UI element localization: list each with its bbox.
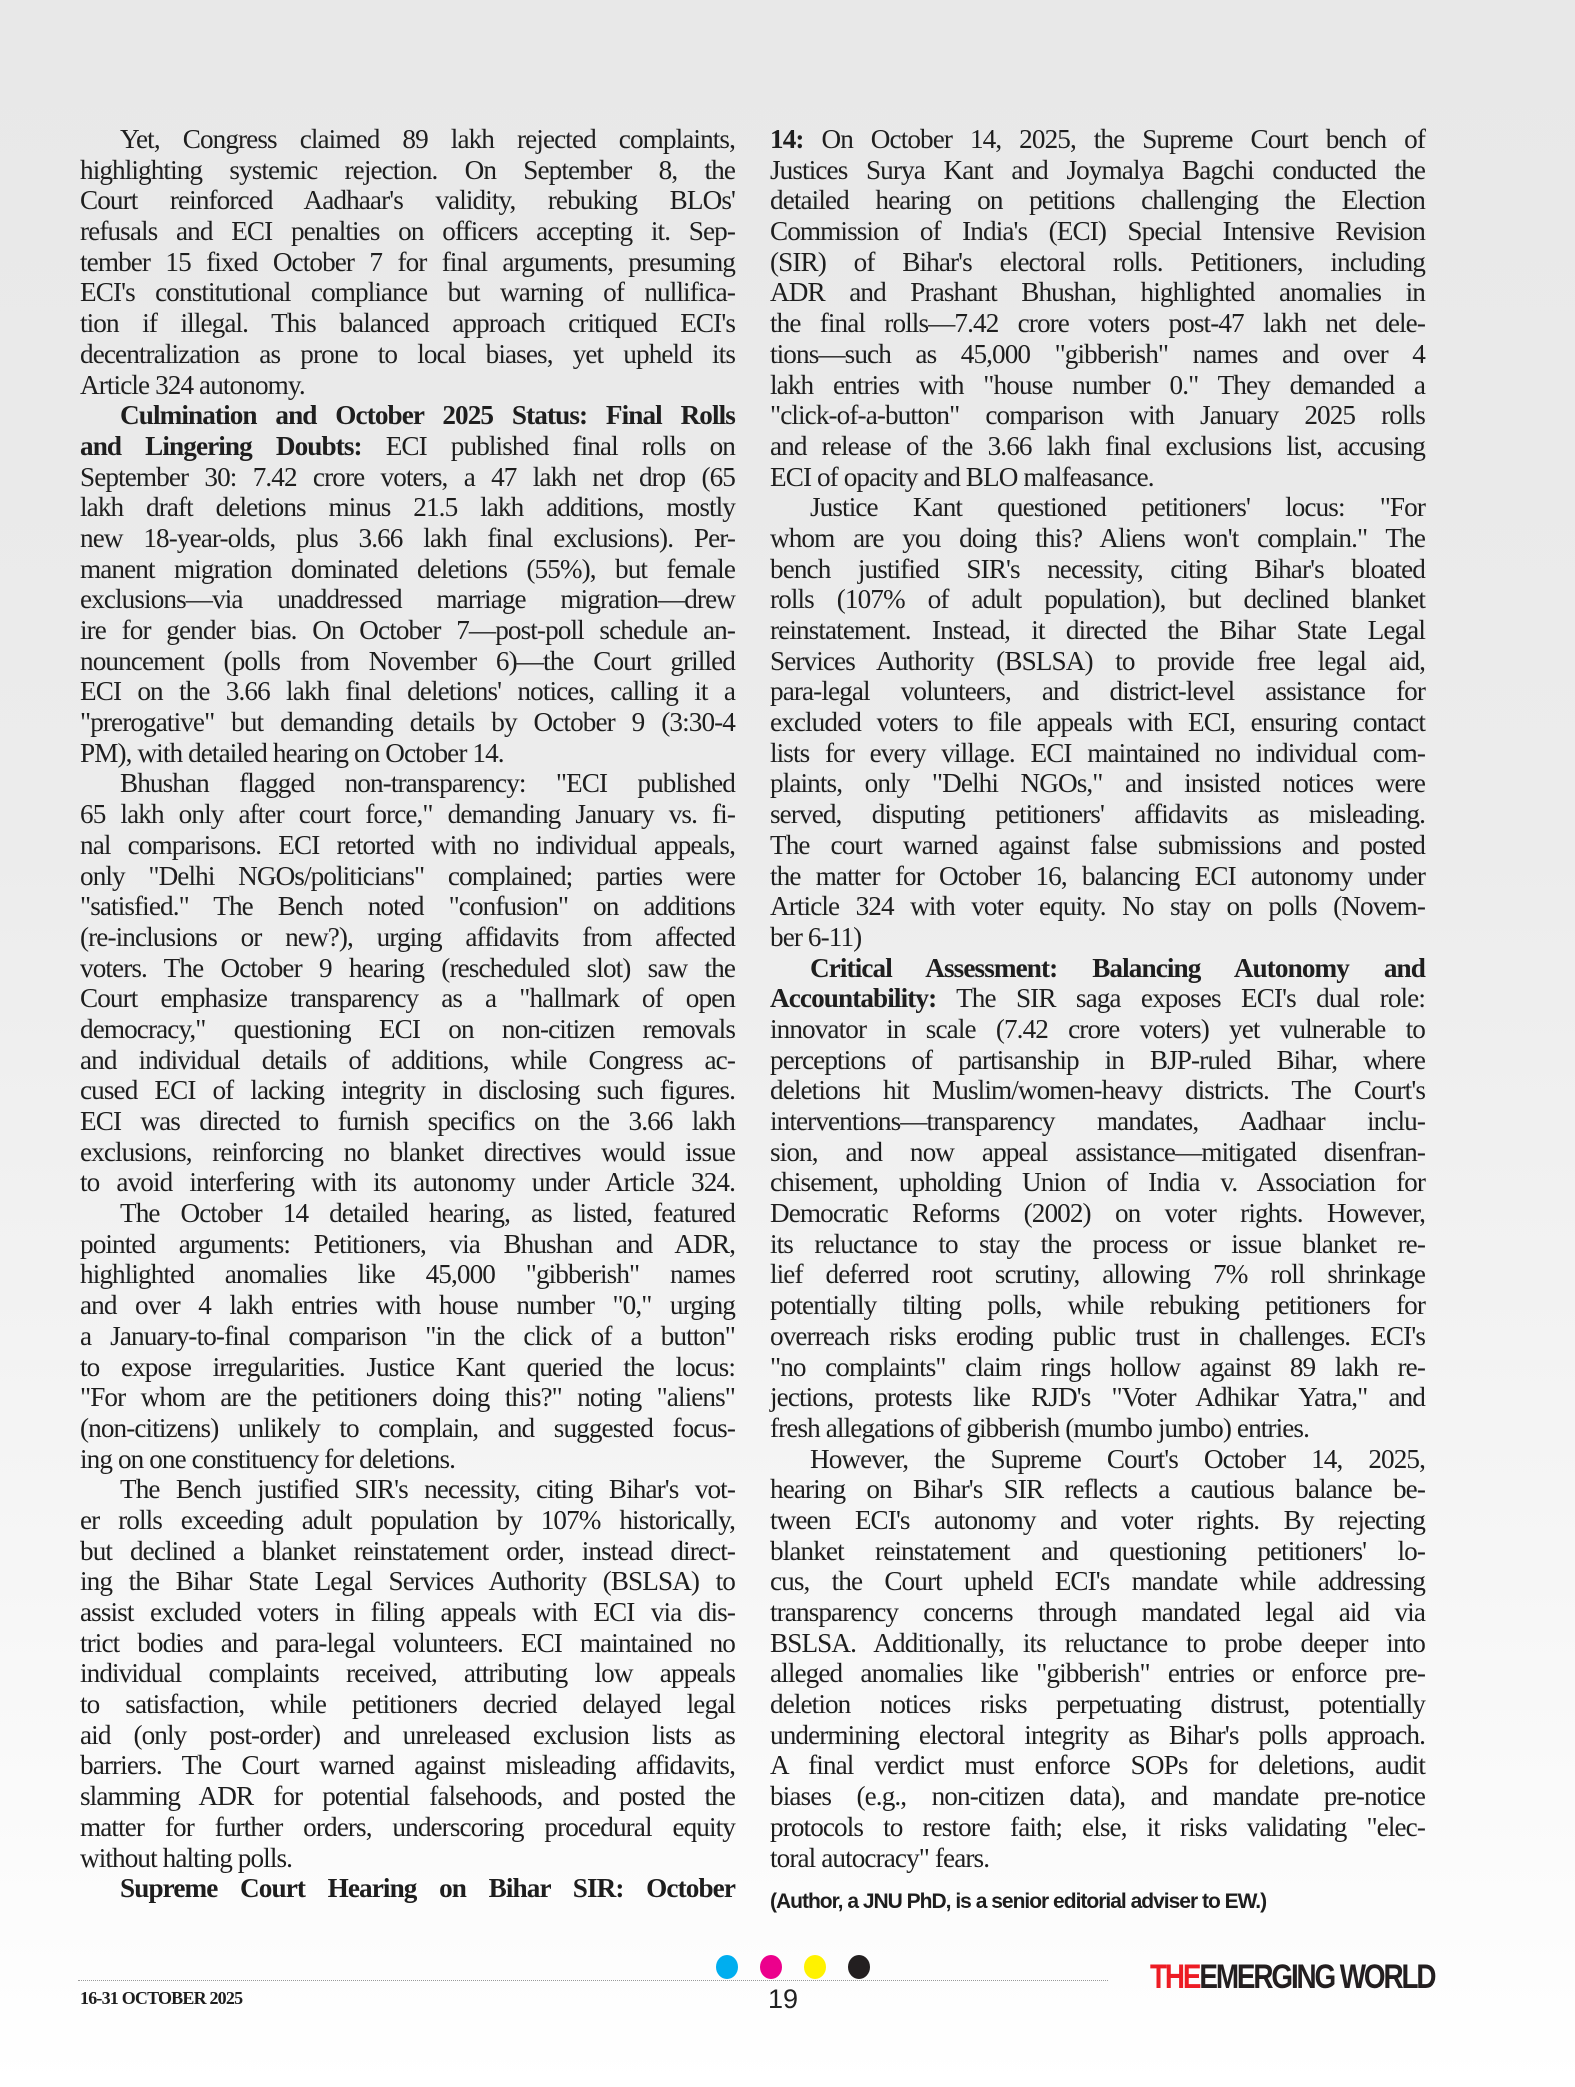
text-line: trict bodies and para-legal volunteers. …	[80, 1628, 735, 1659]
line-text: tember 15 fixed October 7 for final argu…	[80, 247, 735, 277]
line-text: served, disputing petitioners' affidavit…	[770, 799, 1425, 829]
text-line: highlighting systemic rejection. On Sept…	[80, 155, 735, 186]
section-heading: Culmination and October 2025 Status: Fin…	[120, 400, 735, 430]
text-line: refusals and ECI penalties on officers a…	[80, 216, 735, 247]
line-text: matter for further orders, underscoring …	[80, 1812, 735, 1842]
text-line: ECI on the 3.66 lakh final deletions' no…	[80, 676, 735, 707]
text-line: sion, and now appeal assistance—mitigate…	[770, 1137, 1425, 1168]
text-line: cused ECI of lacking integrity in disclo…	[80, 1075, 735, 1106]
line-text: blanket reinstatement and questioning pe…	[770, 1536, 1425, 1566]
line-text: without halting polls.	[80, 1843, 292, 1873]
text-line: new 18-year-olds, plus 3.66 lakh final e…	[80, 523, 735, 554]
line-text: (SIR) of Bihar's electoral rolls. Petiti…	[770, 247, 1425, 277]
text-line: exclusions, reinforcing no blanket direc…	[80, 1137, 735, 1168]
line-text: lief deferred root scrutiny, allowing 7%…	[770, 1259, 1425, 1289]
footer-divider	[78, 1980, 1108, 1981]
text-line: aid (only post-order) and unreleased exc…	[80, 1720, 735, 1751]
text-line: pointed arguments: Petitioners, via Bhus…	[80, 1229, 735, 1260]
line-text: The court warned against false submissio…	[770, 830, 1425, 860]
text-line: Justice Kant questioned petitioners' loc…	[770, 492, 1425, 523]
text-line: BSLSA. Additionally, its reluctance to p…	[770, 1628, 1425, 1659]
line-text: but declined a blanket reinstatement ord…	[80, 1536, 735, 1566]
line-text: tion if illegal. This balanced approach …	[80, 308, 735, 338]
line-text: tween ECI's autonomy and voter rights. B…	[770, 1505, 1425, 1535]
text-line: highlighted anomalies like 45,000 "gibbe…	[80, 1259, 735, 1290]
text-line: rolls (107% of adult population), but de…	[770, 584, 1425, 615]
line-text: alleged anomalies like "gibberish" entri…	[770, 1658, 1425, 1688]
line-text: manent migration dominated deletions (55…	[80, 554, 735, 584]
text-line: Services Authority (BSLSA) to provide fr…	[770, 646, 1425, 677]
text-line: excluded voters to file appeals with ECI…	[770, 707, 1425, 738]
text-line: chisement, upholding Union of India v. A…	[770, 1167, 1425, 1198]
line-text: tions—such as 45,000 "gibberish" names a…	[770, 339, 1425, 369]
text-line: "prerogative" but demanding details by O…	[80, 707, 735, 738]
line-text: transparency concerns through mandated l…	[770, 1597, 1425, 1627]
text-line: hearing on Bihar's SIR reflects a cautio…	[770, 1474, 1425, 1505]
issue-date: 16-31 OCTOBER 2025	[80, 1988, 242, 2009]
line-text: deletions hit Muslim/women-heavy distric…	[770, 1075, 1425, 1105]
text-line: individual complaints received, attribut…	[80, 1658, 735, 1689]
line-text: new 18-year-olds, plus 3.66 lakh final e…	[80, 523, 735, 553]
text-line: Bhushan flagged non-transparency: "ECI p…	[80, 768, 735, 799]
line-text: However, the Supreme Court's October 14,…	[810, 1444, 1425, 1474]
text-line: jections, protests like RJD's "Voter Adh…	[770, 1382, 1425, 1413]
text-line: deletion notices risks perpetuating dist…	[770, 1689, 1425, 1720]
masthead-the: THE	[1150, 1958, 1199, 1996]
line-text: deletion notices risks perpetuating dist…	[770, 1689, 1425, 1719]
text-line: tion if illegal. This balanced approach …	[80, 308, 735, 339]
magenta-registration-dot-icon	[760, 1955, 782, 1979]
line-text: bench justified SIR's necessity, citing …	[770, 554, 1425, 584]
line-text: "no complaints" claim rings hollow again…	[770, 1352, 1425, 1382]
section-heading: 14:	[770, 124, 804, 154]
text-line: 65 lakh only after court force," demandi…	[80, 799, 735, 830]
line-text: PM), with detailed hearing on October 14…	[80, 738, 504, 768]
line-text: The SIR saga exposes ECI's dual role:	[936, 983, 1425, 1013]
text-line: (non-citizens) unlikely to complain, and…	[80, 1413, 735, 1444]
line-text: rolls (107% of adult population), but de…	[770, 584, 1425, 614]
line-text: Article 324 with voter equity. No stay o…	[770, 891, 1425, 921]
line-text: "click-of-a-button" comparison with Janu…	[770, 400, 1425, 430]
line-text: perceptions of partisanship in BJP-ruled…	[770, 1045, 1425, 1075]
text-line: Critical Assessment: Balancing Autonomy …	[770, 953, 1425, 984]
text-line: decentralization as prone to local biase…	[80, 339, 735, 370]
line-text: a January-to-final comparison "in the cl…	[80, 1321, 735, 1351]
line-text: detailed hearing on petitions challengin…	[770, 185, 1425, 215]
line-text: lakh entries with "house number 0." They…	[770, 370, 1425, 400]
line-text: (re-inclusions or new?), urging affidavi…	[80, 922, 735, 952]
text-line: whom are you doing this? Aliens won't co…	[770, 523, 1425, 554]
cyan-registration-dot-icon	[716, 1955, 738, 1979]
line-text: Court reinforced Aadhaar's validity, reb…	[80, 185, 735, 215]
line-text: aid (only post-order) and unreleased exc…	[80, 1720, 735, 1750]
text-line: cus, the Court upheld ECI's mandate whil…	[770, 1566, 1425, 1597]
text-line: barriers. The Court warned against misle…	[80, 1750, 735, 1781]
line-text: toral autocracy" fears.	[770, 1843, 989, 1873]
line-text: and release of the 3.66 lakh final exclu…	[770, 431, 1425, 461]
line-text: cused ECI of lacking integrity in disclo…	[80, 1075, 735, 1105]
line-text: lists for every village. ECI maintained …	[770, 738, 1425, 768]
text-line: ing on one constituency for deletions.	[80, 1444, 735, 1475]
line-text: democracy," questioning ECI on non-citiz…	[80, 1014, 735, 1044]
line-text: highlighted anomalies like 45,000 "gibbe…	[80, 1259, 735, 1289]
line-text: Yet, Congress claimed 89 lakh rejected c…	[120, 124, 735, 154]
text-line: deletions hit Muslim/women-heavy distric…	[770, 1075, 1425, 1106]
text-line: Yet, Congress claimed 89 lakh rejected c…	[80, 124, 735, 155]
text-line: "no complaints" claim rings hollow again…	[770, 1352, 1425, 1383]
yellow-registration-dot-icon	[804, 1955, 826, 1979]
text-line: ECI was directed to furnish specifics on…	[80, 1106, 735, 1137]
text-line: ing the Bihar State Legal Services Autho…	[80, 1566, 735, 1597]
text-line: potentially tilting polls, while rebukin…	[770, 1290, 1425, 1321]
text-line: ber 6-11)	[770, 922, 1425, 953]
text-line: para-legal volunteers, and district-leve…	[770, 676, 1425, 707]
text-line: Court reinforced Aadhaar's validity, reb…	[80, 185, 735, 216]
text-line: toral autocracy" fears.	[770, 1843, 1425, 1874]
text-line: lists for every village. ECI maintained …	[770, 738, 1425, 769]
text-line: perceptions of partisanship in BJP-ruled…	[770, 1045, 1425, 1076]
text-line: plaints, only "Delhi NGOs," and insisted…	[770, 768, 1425, 799]
text-line: transparency concerns through mandated l…	[770, 1597, 1425, 1628]
line-text: potentially tilting polls, while rebukin…	[770, 1290, 1425, 1320]
line-text: excluded voters to file appeals with ECI…	[770, 707, 1425, 737]
article-column-left: Yet, Congress claimed 89 lakh rejected c…	[80, 124, 735, 1904]
line-text: trict bodies and para-legal volunteers. …	[80, 1628, 735, 1658]
text-line: to avoid interfering with its autonomy u…	[80, 1167, 735, 1198]
text-line: undermining electoral integrity as Bihar…	[770, 1720, 1425, 1751]
article-column-right: 14: On October 14, 2025, the Supreme Cou…	[770, 124, 1425, 1873]
line-text: September 30: 7.42 crore voters, a 47 la…	[80, 462, 735, 492]
line-text: the matter for October 16, balancing ECI…	[770, 861, 1425, 891]
line-text: its reluctance to stay the process or is…	[770, 1229, 1425, 1259]
line-text: interventions—transparency mandates, Aad…	[770, 1106, 1425, 1136]
text-line: lakh draft deletions minus 21.5 lakh add…	[80, 492, 735, 523]
line-text: Commission of India's (ECI) Special Inte…	[770, 216, 1425, 246]
line-text: only "Delhi NGOs/politicians" complained…	[80, 861, 735, 891]
text-line: tions—such as 45,000 "gibberish" names a…	[770, 339, 1425, 370]
line-text: cus, the Court upheld ECI's mandate whil…	[770, 1566, 1425, 1596]
text-line: matter for further orders, underscoring …	[80, 1812, 735, 1843]
text-line: "For whom are the petitioners doing this…	[80, 1382, 735, 1413]
text-line: lakh entries with "house number 0." They…	[770, 370, 1425, 401]
line-text: nal comparisons. ECI retorted with no in…	[80, 830, 735, 860]
text-line: and release of the 3.66 lakh final exclu…	[770, 431, 1425, 462]
line-text: Justices Surya Kant and Joymalya Bagchi …	[770, 155, 1425, 185]
text-line: blanket reinstatement and questioning pe…	[770, 1536, 1425, 1567]
line-text: decentralization as prone to local biase…	[80, 339, 735, 369]
line-text: highlighting systemic rejection. On Sept…	[80, 155, 735, 185]
line-text: innovator in scale (7.42 crore voters) y…	[770, 1014, 1425, 1044]
line-text: assist excluded voters in filing appeals…	[80, 1597, 735, 1627]
text-line: to satisfaction, while petitioners decri…	[80, 1689, 735, 1720]
text-line: nal comparisons. ECI retorted with no in…	[80, 830, 735, 861]
text-line: The October 14 detailed hearing, as list…	[80, 1198, 735, 1229]
text-line: (SIR) of Bihar's electoral rolls. Petiti…	[770, 247, 1425, 278]
line-text: ber 6-11)	[770, 922, 861, 952]
publication-masthead: THEEMERGING WORLD	[1150, 1958, 1434, 1997]
text-line: and over 4 lakh entries with house numbe…	[80, 1290, 735, 1321]
line-text: ECI of opacity and BLO malfeasance.	[770, 462, 1154, 492]
line-text: protocols to restore faith; else, it ris…	[770, 1812, 1425, 1842]
text-line: Accountability: The SIR saga exposes ECI…	[770, 983, 1425, 1014]
line-text: overreach risks eroding public trust in …	[770, 1321, 1425, 1351]
text-line: ECI's constitutional compliance but warn…	[80, 277, 735, 308]
line-text: to avoid interfering with its autonomy u…	[80, 1167, 735, 1197]
line-text: refusals and ECI penalties on officers a…	[80, 216, 735, 246]
line-text: chisement, upholding Union of India v. A…	[770, 1167, 1425, 1197]
text-line: alleged anomalies like "gibberish" entri…	[770, 1658, 1425, 1689]
line-text: ECI's constitutional compliance but warn…	[80, 277, 735, 307]
line-text: The Bench justified SIR's necessity, cit…	[120, 1474, 735, 1504]
section-heading: Critical Assessment: Balancing Autonomy …	[810, 953, 1425, 983]
text-line: Article 324 with voter equity. No stay o…	[770, 891, 1425, 922]
text-line: September 30: 7.42 crore voters, a 47 la…	[80, 462, 735, 493]
text-line: lief deferred root scrutiny, allowing 7%…	[770, 1259, 1425, 1290]
line-text: Justice Kant questioned petitioners' loc…	[810, 492, 1425, 522]
author-byline: (Author, a JNU PhD, is a senior editoria…	[770, 1890, 1425, 1914]
text-line: a January-to-final comparison "in the cl…	[80, 1321, 735, 1352]
text-line: overreach risks eroding public trust in …	[770, 1321, 1425, 1352]
text-line: tween ECI's autonomy and voter rights. B…	[770, 1505, 1425, 1536]
text-line: Court emphasize transparency as a "hallm…	[80, 983, 735, 1014]
text-line: fresh allegations of gibberish (mumbo ju…	[770, 1413, 1425, 1444]
text-line: protocols to restore faith; else, it ris…	[770, 1812, 1425, 1843]
line-text: nouncement (polls from November 6)—the C…	[80, 646, 735, 676]
line-text: BSLSA. Additionally, its reluctance to p…	[770, 1628, 1425, 1658]
text-line: assist excluded voters in filing appeals…	[80, 1597, 735, 1628]
text-line: Democratic Reforms (2002) on voter right…	[770, 1198, 1425, 1229]
text-line: detailed hearing on petitions challengin…	[770, 185, 1425, 216]
text-line: interventions—transparency mandates, Aad…	[770, 1106, 1425, 1137]
line-text: Services Authority (BSLSA) to provide fr…	[770, 646, 1425, 676]
text-line: Justices Surya Kant and Joymalya Bagchi …	[770, 155, 1425, 186]
line-text: the final rolls—7.42 crore voters post-4…	[770, 308, 1425, 338]
line-text: (non-citizens) unlikely to complain, and…	[80, 1413, 735, 1443]
text-line: tember 15 fixed October 7 for final argu…	[80, 247, 735, 278]
line-text: undermining electoral integrity as Bihar…	[770, 1720, 1425, 1750]
text-line: The Bench justified SIR's necessity, cit…	[80, 1474, 735, 1505]
text-line: (re-inclusions or new?), urging affidavi…	[80, 922, 735, 953]
black-registration-dot-icon	[848, 1955, 870, 1979]
text-line: A final verdict must enforce SOPs for de…	[770, 1750, 1425, 1781]
line-text: ing on one constituency for deletions.	[80, 1444, 455, 1474]
text-line: without halting polls.	[80, 1843, 735, 1874]
line-text: Article 324 autonomy.	[80, 370, 305, 400]
text-line: only "Delhi NGOs/politicians" complained…	[80, 861, 735, 892]
line-text: 65 lakh only after court force," demandi…	[80, 799, 735, 829]
text-line: 14: On October 14, 2025, the Supreme Cou…	[770, 124, 1425, 155]
line-text: sion, and now appeal assistance—mitigate…	[770, 1137, 1425, 1167]
print-registration-marks	[716, 1955, 870, 1979]
text-line: to expose irregularities. Justice Kant q…	[80, 1352, 735, 1383]
line-text: A final verdict must enforce SOPs for de…	[770, 1750, 1425, 1780]
text-line: However, the Supreme Court's October 14,…	[770, 1444, 1425, 1475]
text-line: voters. The October 9 hearing (reschedul…	[80, 953, 735, 984]
text-line: biases (e.g., non-citizen data), and man…	[770, 1781, 1425, 1812]
text-line: "satisfied." The Bench noted "confusion"…	[80, 891, 735, 922]
text-line: manent migration dominated deletions (55…	[80, 554, 735, 585]
line-text: ing the Bihar State Legal Services Autho…	[80, 1566, 735, 1596]
text-line: er rolls exceeding adult population by 1…	[80, 1505, 735, 1536]
line-text: reinstatement. Instead, it directed the …	[770, 615, 1425, 645]
text-line: ADR and Prashant Bhushan, highlighted an…	[770, 277, 1425, 308]
text-line: the matter for October 16, balancing ECI…	[770, 861, 1425, 892]
text-line: its reluctance to stay the process or is…	[770, 1229, 1425, 1260]
section-heading: Accountability:	[770, 983, 936, 1013]
line-text: ECI published final rolls on	[362, 431, 735, 461]
text-line: served, disputing petitioners' affidavit…	[770, 799, 1425, 830]
line-text: fresh allegations of gibberish (mumbo ju…	[770, 1413, 1309, 1443]
text-line: Commission of India's (ECI) Special Inte…	[770, 216, 1425, 247]
line-text: ECI was directed to furnish specifics on…	[80, 1106, 735, 1136]
line-text: para-legal volunteers, and district-leve…	[770, 676, 1425, 706]
text-line: and Lingering Doubts: ECI published fina…	[80, 431, 735, 462]
line-text: "prerogative" but demanding details by O…	[80, 707, 735, 737]
text-line: the final rolls—7.42 crore voters post-4…	[770, 308, 1425, 339]
text-line: innovator in scale (7.42 crore voters) y…	[770, 1014, 1425, 1045]
text-line: and individual details of additions, whi…	[80, 1045, 735, 1076]
text-line: but declined a blanket reinstatement ord…	[80, 1536, 735, 1567]
line-text: er rolls exceeding adult population by 1…	[80, 1505, 735, 1535]
line-text: pointed arguments: Petitioners, via Bhus…	[80, 1229, 735, 1259]
line-text: Bhushan flagged non-transparency: "ECI p…	[120, 768, 735, 798]
text-line: reinstatement. Instead, it directed the …	[770, 615, 1425, 646]
line-text: voters. The October 9 hearing (reschedul…	[80, 953, 735, 983]
line-text: jections, protests like RJD's "Voter Adh…	[770, 1382, 1425, 1412]
text-line: democracy," questioning ECI on non-citiz…	[80, 1014, 735, 1045]
text-line: bench justified SIR's necessity, citing …	[770, 554, 1425, 585]
line-text: Democratic Reforms (2002) on voter right…	[770, 1198, 1425, 1228]
section-heading: and Lingering Doubts:	[80, 431, 362, 461]
page-number: 19	[768, 1984, 798, 2015]
text-line: exclusions—via unaddressed marriage migr…	[80, 584, 735, 615]
text-line: ire for gender bias. On October 7—post-p…	[80, 615, 735, 646]
section-heading: Supreme Court Hearing on Bihar SIR: Octo…	[120, 1873, 735, 1903]
line-text: Court emphasize transparency as a "hallm…	[80, 983, 735, 1013]
line-text: biases (e.g., non-citizen data), and man…	[770, 1781, 1425, 1811]
line-text: barriers. The Court warned against misle…	[80, 1750, 735, 1780]
line-text: to satisfaction, while petitioners decri…	[80, 1689, 735, 1719]
text-line: PM), with detailed hearing on October 14…	[80, 738, 735, 769]
text-line: nouncement (polls from November 6)—the C…	[80, 646, 735, 677]
text-line: ECI of opacity and BLO malfeasance.	[770, 462, 1425, 493]
line-text: individual complaints received, attribut…	[80, 1658, 735, 1688]
line-text: slamming ADR for potential falsehoods, a…	[80, 1781, 735, 1811]
line-text: and individual details of additions, whi…	[80, 1045, 735, 1075]
masthead-emerging-world: EMERGING WORLD	[1199, 1958, 1434, 1996]
line-text: exclusions, reinforcing no blanket direc…	[80, 1137, 735, 1167]
line-text: ECI on the 3.66 lakh final deletions' no…	[80, 676, 735, 706]
line-text: and over 4 lakh entries with house numbe…	[80, 1290, 735, 1320]
line-text: to expose irregularities. Justice Kant q…	[80, 1352, 735, 1382]
text-line: slamming ADR for potential falsehoods, a…	[80, 1781, 735, 1812]
line-text: "satisfied." The Bench noted "confusion"…	[80, 891, 735, 921]
text-line: "click-of-a-button" comparison with Janu…	[770, 400, 1425, 431]
text-line: The court warned against false submissio…	[770, 830, 1425, 861]
line-text: lakh draft deletions minus 21.5 lakh add…	[80, 492, 735, 522]
line-text: ADR and Prashant Bhushan, highlighted an…	[770, 277, 1425, 307]
line-text: whom are you doing this? Aliens won't co…	[770, 523, 1425, 553]
line-text: "For whom are the petitioners doing this…	[80, 1382, 735, 1412]
text-line: Article 324 autonomy.	[80, 370, 735, 401]
line-text: hearing on Bihar's SIR reflects a cautio…	[770, 1474, 1425, 1504]
line-text: The October 14 detailed hearing, as list…	[120, 1198, 735, 1228]
line-text: exclusions—via unaddressed marriage migr…	[80, 584, 735, 614]
line-text: ire for gender bias. On October 7—post-p…	[80, 615, 735, 645]
text-line: Culmination and October 2025 Status: Fin…	[80, 400, 735, 431]
text-line: Supreme Court Hearing on Bihar SIR: Octo…	[80, 1873, 735, 1904]
line-text: plaints, only "Delhi NGOs," and insisted…	[770, 768, 1425, 798]
line-text: On October 14, 2025, the Supreme Court b…	[804, 124, 1425, 154]
